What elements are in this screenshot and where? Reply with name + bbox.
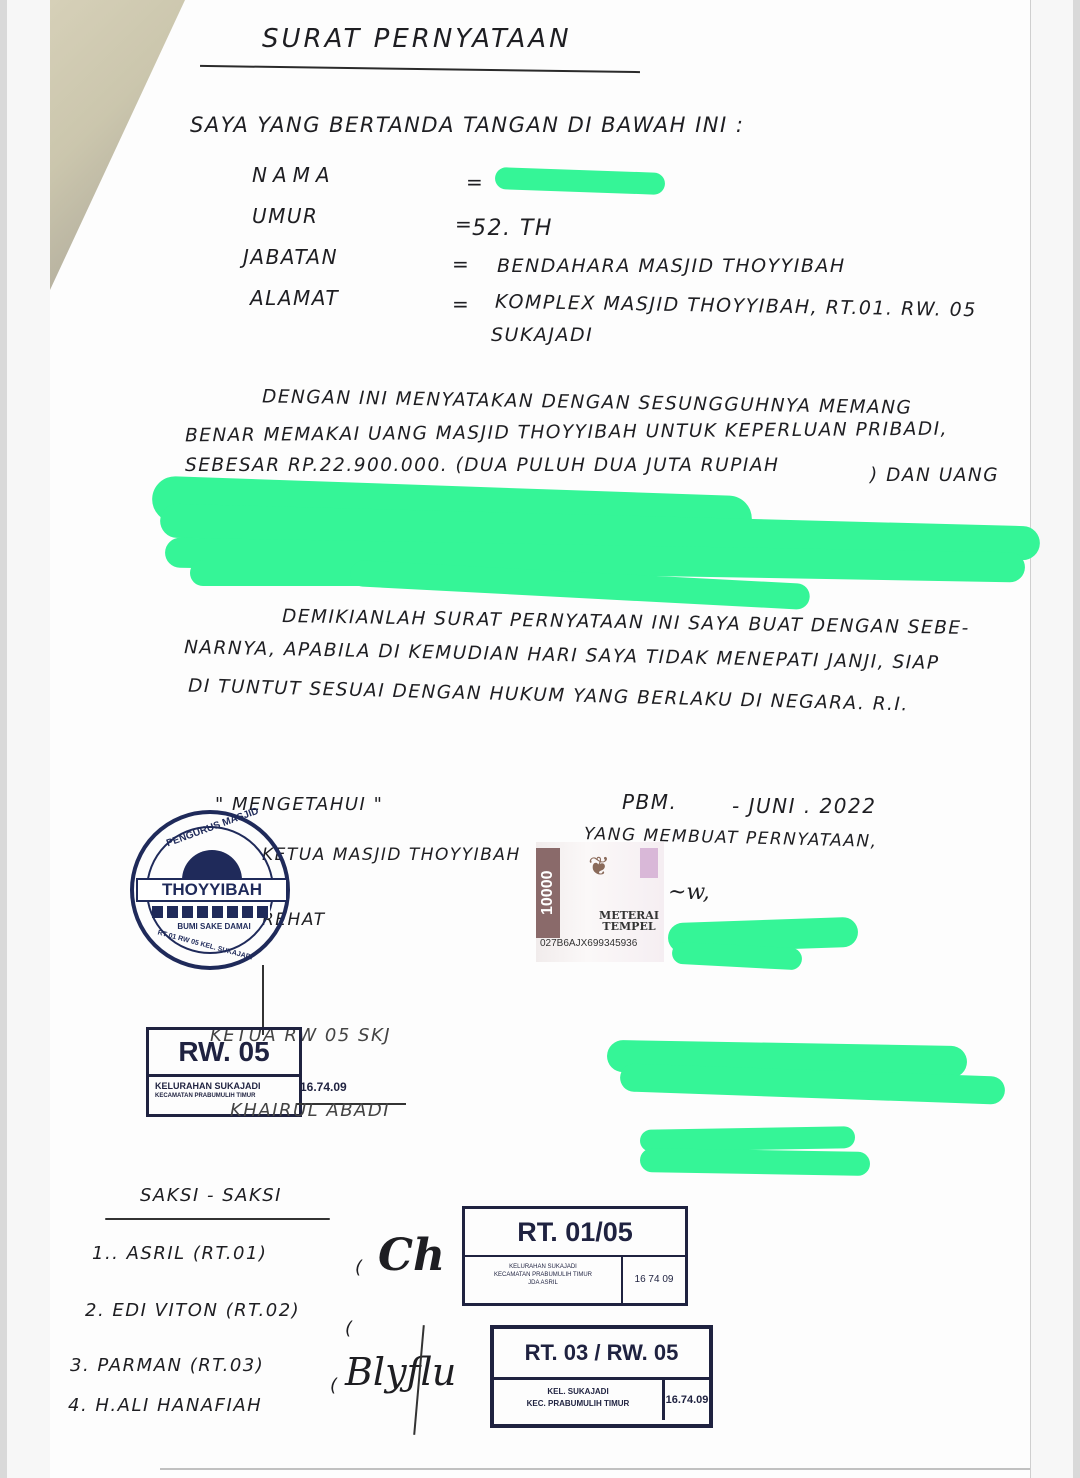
- field-label-jabatan: JABATAN: [243, 245, 338, 269]
- field-separator: =: [452, 292, 470, 316]
- field-separator: =: [455, 212, 473, 236]
- rw-stamp-line1: KELURAHAN SUKAJADI: [155, 1081, 293, 1091]
- field-value-jabatan: BENDAHARA MASJID THOYYIBAH: [497, 255, 846, 277]
- field-value-alamat-line2: SUKAJADI: [491, 324, 593, 346]
- witness-3: 3. PARMAN (RT.03): [70, 1355, 264, 1376]
- rt03-stamp-code: 16.74.09: [665, 1380, 709, 1420]
- document-title: SURAT PERNYATAAN: [262, 24, 572, 54]
- field-label-alamat: ALAMAT: [250, 286, 339, 310]
- rt01-stamp-title: RT. 01/05: [465, 1209, 685, 1257]
- witness-2: 2. EDI VITON (RT.02): [85, 1300, 300, 1321]
- rw-stamp-title: RW. 05: [149, 1030, 299, 1077]
- meterai-label: METERAI TEMPEL: [594, 910, 664, 932]
- garuda-emblem-icon: ❦: [584, 850, 614, 884]
- field-separator: =: [466, 170, 484, 194]
- rt03-stamp-body: KEL. SUKAJADI KEC. PRABUMULIH TIMUR 16.7…: [494, 1380, 709, 1420]
- rw-stamp-code: 16.74.09: [300, 1080, 347, 1094]
- witnesses-heading-underline: [105, 1218, 330, 1220]
- field-label-umur: UMUR: [252, 204, 318, 228]
- witnesses-heading: SAKSI - SAKSI: [140, 1185, 282, 1206]
- field-value-umur: 52. TH: [472, 216, 553, 241]
- intro-line: SAYA YANG BERTANDA TANGAN DI BAWAH INI :: [190, 113, 744, 137]
- rt01-line2: KECAMATAN PRABUMULIH TIMUR: [465, 1271, 621, 1279]
- viewer-right-edge: [1073, 0, 1080, 1478]
- witness-1: 1.. ASRIL (RT.01): [92, 1243, 267, 1264]
- statement-line-3: SEBESAR Rp.22.900.000. (DUA PULUH DUA JU…: [185, 455, 779, 476]
- seal-motto: BUMI SAKE DAMAI: [174, 922, 254, 931]
- rw-name: KHAIRUL ABADI: [230, 1100, 390, 1121]
- rt03-stamp: RT. 03 / RW. 05 KEL. SUKAJADI KEC. PRABU…: [490, 1325, 713, 1428]
- witness-3-signature: Blyƒlu: [345, 1350, 456, 1394]
- witness-2-bracket: (: [345, 1318, 354, 1339]
- meterai-stamp: 10000 ❦ METERAI TEMPEL 027B6AJX699345936: [536, 842, 664, 962]
- rt03-line2: KEC. PRABUMULIH TIMUR: [494, 1398, 662, 1410]
- masjid-seal: PENGURUS MASJID THOYYIBAH BUMI SAKE DAMA…: [130, 810, 290, 970]
- witness-1-bracket: (: [355, 1257, 364, 1278]
- rt01-line1: KELURAHAN SUKAJADI: [465, 1263, 621, 1271]
- signer-signature: ~w,: [668, 880, 710, 905]
- field-label-nama: NAMA: [252, 163, 336, 187]
- rt01-stamp: RT. 01/05 KELURAHAN SUKAJADI KECAMATAN P…: [462, 1206, 688, 1306]
- meterai-label-line2: TEMPEL: [594, 921, 664, 932]
- place: PBM.: [622, 790, 677, 814]
- field-separator: =: [452, 252, 470, 276]
- redacted-signer-block: [640, 1148, 870, 1176]
- rt01-line3: JDA ASRIL: [465, 1279, 621, 1287]
- meterai-value: 10000: [536, 848, 560, 938]
- witness-3-bracket: (: [330, 1375, 339, 1396]
- meterai-serial: 027B6AJX699345936: [540, 938, 637, 949]
- seal-name: THOYYIBAH: [136, 878, 288, 902]
- rt01-stamp-address: KELURAHAN SUKAJADI KECAMATAN PRABUMULIH …: [465, 1257, 623, 1303]
- statement-line-3-end: ) DAN UANG: [870, 465, 999, 486]
- rt03-stamp-address: KEL. SUKAJADI KEC. PRABUMULIH TIMUR: [494, 1380, 665, 1420]
- meterai-hologram: [640, 848, 658, 878]
- page-bottom-edge: [160, 1468, 1030, 1470]
- rt03-stamp-title: RT. 03 / RW. 05: [494, 1329, 709, 1380]
- acknowledged-line-1: KETUA MASJID THOYYIBAH: [262, 845, 521, 865]
- viewer-left-edge: [0, 0, 7, 1478]
- seal-windows: [152, 906, 270, 918]
- witness-4: 4. H.ALI HANAFIAH: [68, 1395, 262, 1416]
- witness-1-signature: Ch: [378, 1230, 445, 1281]
- rt03-line1: KEL. SUKAJADI: [494, 1386, 662, 1398]
- date: - JUNI . 2022: [732, 794, 876, 818]
- rt01-stamp-body: KELURAHAN SUKAJADI KECAMATAN PRABUMULIH …: [465, 1257, 685, 1303]
- rt01-stamp-code: 16 74 09: [623, 1257, 685, 1303]
